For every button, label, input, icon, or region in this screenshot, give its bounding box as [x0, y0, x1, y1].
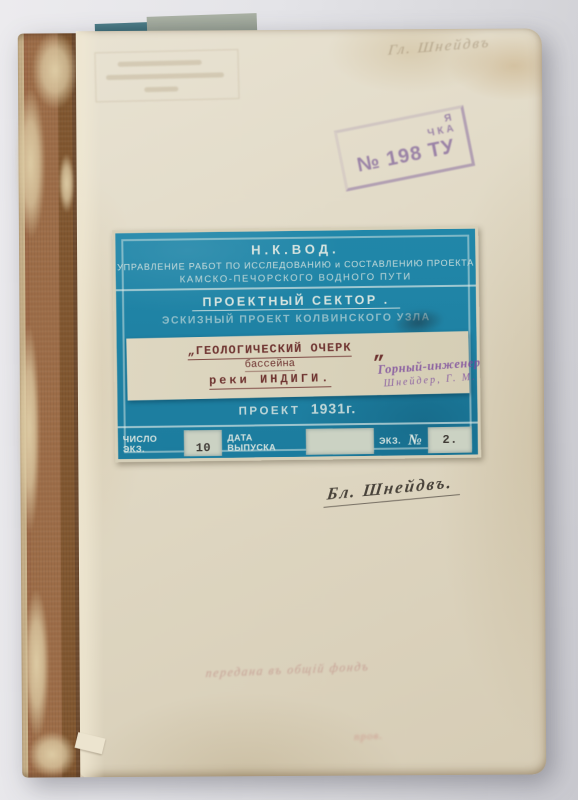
copy-value-box: 2.: [428, 427, 472, 454]
title-label: Н.К.ВОД. УПРАВЛЕНИЕ РАБОТ ПО ИССЛЕДОВАНИ…: [112, 226, 481, 463]
copies-label: ЧИСЛО ЭКЗ.: [123, 433, 180, 454]
numero-sign: №: [408, 432, 422, 449]
org-line3: КАМСКО-ПЕЧОРСКОГО ВОДНОГО ПУТИ: [116, 271, 476, 287]
faint-accession-stamp: [94, 49, 239, 102]
faint-stamp-line: [106, 72, 224, 80]
faint-stamp-line: [118, 60, 202, 67]
date-label: ДАТА ВЫПУСКА: [227, 432, 301, 453]
handwriting-top-right: Гл. Шнейдвъ: [387, 31, 548, 60]
title-line3: реки ИНДИГИ.: [141, 370, 399, 390]
org-name: Н.К.ВОД.: [115, 240, 475, 260]
project-year-word: ПРОЕКТ: [239, 405, 301, 418]
library-number-stamp: Я ЧКА № 198 ТУ: [334, 105, 476, 192]
book-spine: [18, 33, 85, 777]
spine-wear-patch: [18, 323, 41, 533]
faint-stamp-line: [144, 86, 178, 92]
label-footer: ЧИСЛО ЭКЗ. 10 ДАТА ВЫПУСКА ЭКЗ. № 2.: [123, 425, 473, 460]
date-value-box: [305, 428, 374, 455]
book-cover: Гл. Шнейдвъ Я ЧКА № 198 ТУ Н.К.ВОД. УПРА…: [18, 28, 547, 779]
spine-wear-patch: [58, 153, 74, 213]
cover-paper: Гл. Шнейдвъ Я ЧКА № 198 ТУ Н.К.ВОД. УПРА…: [76, 28, 547, 777]
spine-wear-patch: [28, 731, 76, 777]
faint-red-note: пров.: [354, 730, 384, 744]
copy-label: ЭКЗ.: [379, 436, 401, 446]
label-header: Н.К.ВОД. УПРАВЛЕНИЕ РАБОТ ПО ИССЛЕДОВАНИ…: [115, 240, 476, 287]
faint-pink-note: передана въ общiй фондъ: [205, 660, 370, 682]
signature-handwriting: Бл. Шнейдвъ.: [323, 472, 462, 508]
spine-wear-patch: [23, 588, 50, 738]
sector-title: ПРОЕКТНЫЙ СЕКТОР .: [192, 293, 399, 312]
project-year-value: 1931г.: [311, 400, 357, 417]
title-strip: „ГЕОЛОГИЧЕСКИЙ ОЧЕРК бассейна реки ИНДИГ…: [126, 331, 469, 400]
photo-backdrop: Гл. Шнейдвъ Я ЧКА № 198 ТУ Н.К.ВОД. УПРА…: [0, 0, 578, 800]
spine-wear-patch: [15, 88, 46, 238]
torn-corner-flap: [75, 732, 106, 754]
org-line2: УПРАВЛЕНИЕ РАБОТ ПО ИССЛЕДОВАНИЮ и СОСТА…: [116, 258, 476, 273]
copies-value-box: 10: [184, 430, 222, 456]
project-year-row: ПРОЕКТ 1931г.: [117, 399, 477, 422]
